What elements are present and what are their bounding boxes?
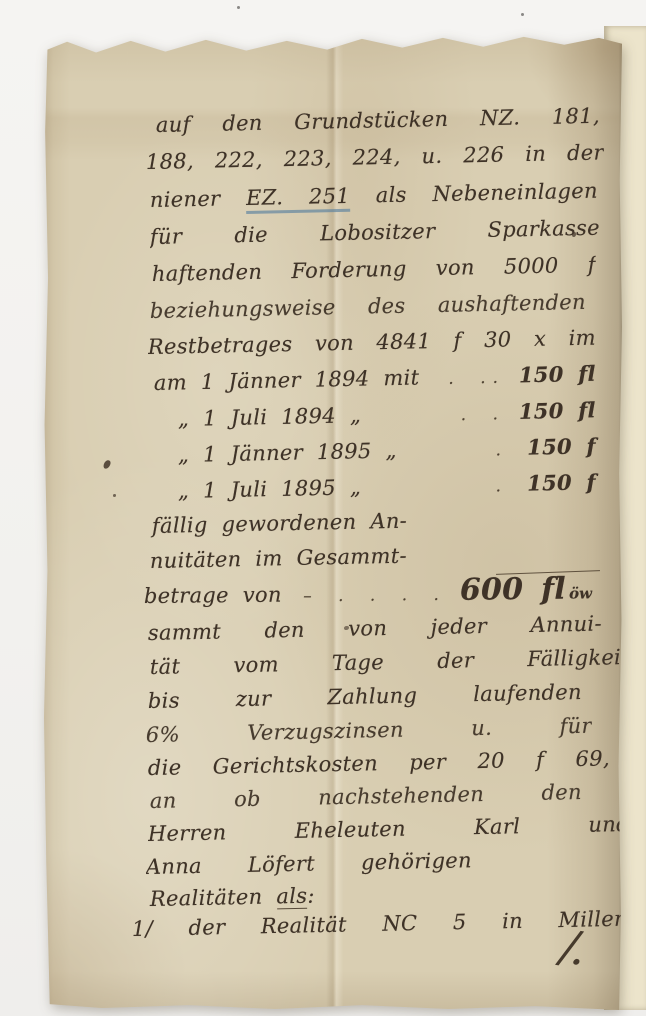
line-text: Realitäten (150, 885, 263, 911)
manuscript-line: für die Lobositzer Sparkasse (150, 213, 601, 254)
manuscript-line-total: betrage von – . . . . 600 fl öw (144, 574, 592, 611)
line-text: niener (150, 187, 221, 212)
line-text: sammt den von jeder Annui- (148, 611, 602, 645)
amount-value: 150 fl (519, 359, 597, 391)
manuscript-line: nuitäten im Gesammt- (150, 539, 497, 578)
line-text: tät vom Tage der Fälligkeit (150, 645, 630, 679)
line-text: „ 1 Juli 1895 „ (178, 472, 362, 506)
manuscript-line-amount: „ 1 Juli 1894 „ . . 150 fl (178, 395, 597, 436)
manuscript-line: haftenden Forderung von 5000 f (152, 250, 597, 291)
manuscript-line: niener EZ. 251 als Nebeneinlagen (150, 176, 599, 217)
manuscript-line: Restbetrages von 4841 f 30 x im (148, 323, 597, 364)
line-text: betrage von (144, 580, 282, 611)
line-text: fällig gewordenen An- (152, 509, 408, 538)
leader-dots: . (485, 471, 522, 502)
manuscript-line-amount: „ 1 Juli 1895 „ . 150 f (178, 467, 597, 508)
line-text: „ 1 Juli 1894 „ (178, 400, 362, 434)
line-text: am 1 Jänner 1894 mit (154, 362, 420, 398)
line-text: als Nebeneinlagen (376, 179, 599, 208)
leader-dots: . .. (438, 362, 519, 394)
total-amount-value: 600 fl (460, 575, 566, 606)
line-text: auf den Grundstücken NZ. 181, (156, 104, 600, 137)
blue-pencil-underlined-number: EZ. 251 (246, 184, 350, 214)
paper-surface: auf den Grundstücken NZ. 181, 188, 222, … (44, 34, 622, 1010)
handwritten-text-block: auf den Grundstücken NZ. 181, 188, 222, … (44, 34, 622, 1010)
amount-value: 150 f (522, 431, 597, 463)
leader-dots: – . . . . (293, 580, 460, 612)
manuscript-line-amount: am 1 Jänner 1894 mit . .. 150 fl (154, 359, 597, 400)
line-text: 1/ der Realität NC 5 in Millen (132, 907, 628, 941)
line-text: an ob nachstehenden den (150, 780, 582, 813)
line-text: „ 1 Jänner 1895 „ (178, 435, 397, 470)
manuscript-line: beziehungsweise des aushaftenden (150, 287, 587, 328)
line-text: für die Lobositzer Sparkasse (150, 216, 600, 249)
line-text: Restbetrages von 4841 f 30 x im (148, 326, 596, 359)
ink-underlined-word: als (276, 884, 307, 910)
dust-speck (521, 13, 524, 16)
line-text: Herren Eheleuten Karl und (148, 812, 630, 846)
manuscript-page: auf den Grundstücken NZ. 181, 188, 222, … (44, 34, 622, 1010)
photo-backdrop: auf den Grundstücken NZ. 181, 188, 222, … (0, 0, 646, 1016)
leader-dots: . (485, 435, 522, 466)
leader-dots: . . (450, 399, 519, 430)
line-text: Anna Löfert gehörigen (146, 848, 472, 879)
manuscript-line: 188, 222, 223, 224, u. 226 in der Malte- (146, 137, 605, 179)
amount-value: 150 f (522, 467, 597, 499)
line-text: bis zur Zahlung laufenden (148, 680, 582, 713)
manuscript-line: fällig gewordenen An- (152, 504, 467, 543)
line-text: haftenden Forderung von 5000 f (152, 253, 596, 286)
dust-speck (237, 6, 240, 9)
amount-value: 150 fl (519, 395, 597, 427)
line-text: 188, 222, 223, 224, u. 226 in der Malte- (146, 140, 604, 179)
line-text: beziehungsweise des aushaftenden (150, 290, 586, 323)
manuscript-line-amount: „ 1 Jänner 1895 „ . 150 f (178, 431, 597, 472)
manuscript-line: auf den Grundstücken NZ. 181, (156, 101, 601, 142)
currency-suffix: öw (569, 578, 592, 608)
line-text: : (307, 884, 315, 908)
line-text: die Gerichtskosten per 20 f 69, (148, 746, 610, 780)
manuscript-line: Anna Löfert gehörigen (146, 845, 473, 884)
line-text: nuitäten im Gesammt- (150, 544, 407, 573)
line-text: 6% Verzugszinsen u. für (146, 714, 592, 747)
